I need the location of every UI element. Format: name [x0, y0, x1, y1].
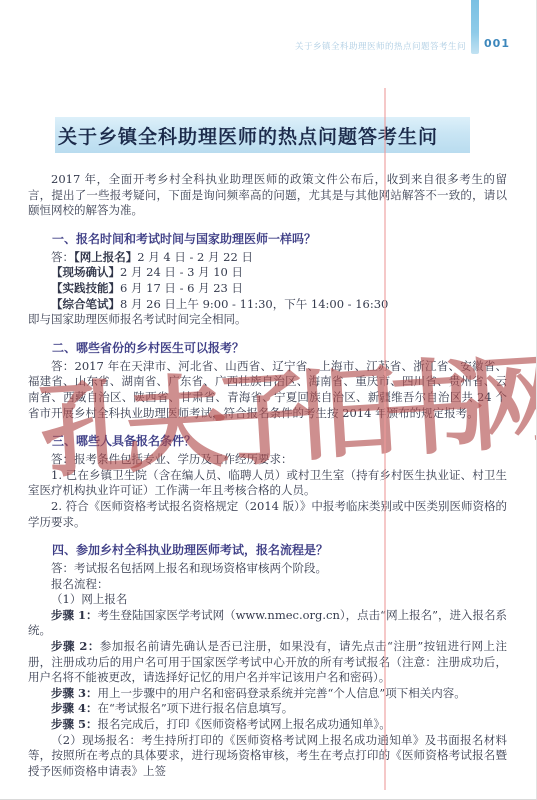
section-3: 三、哪些人具备报名条件？ 答：报考条件包括专业、学历及工作经历要求： 1. 已在… [28, 433, 507, 530]
answer-paragraph: 答：报考条件包括专业、学历及工作经历要求： [28, 452, 507, 468]
section-3-heading: 三、哪些人具备报名条件？ [28, 433, 507, 449]
answer-line: 【实践技能】6 月 17 日 - 6 月 23 日 [28, 281, 507, 297]
answer-paragraph: 答：2017 年在天津市、河北省、山西省、辽宁省、上海市、江苏省、浙江省、安徽省… [28, 359, 507, 421]
running-header-title: 关于乡镇全科助理医师的热点问题答考生问 [295, 40, 466, 52]
answer-paragraph: 答：考试报名包括网上报名和现场资格审核两个阶段。 [28, 561, 507, 577]
stage-paragraph: （2）现场报名：考生持所打印的《医师资格考试网上报名成功通知单》及书面报名材料等… [28, 733, 507, 780]
process-label: 报名流程： [28, 577, 507, 593]
section-4-heading: 四、参加乡村全科执业助理医师考试，报名流程是？ [28, 542, 507, 558]
answer-line: 答：【网上报名】2 月 4 日 - 2 月 22 日 [28, 250, 507, 266]
section-1-heading: 一、报名时间和考试时间与国家助理医师一样吗？ [28, 231, 507, 247]
step-paragraph: 步骤 4：在“考试报名”项下进行报名信息填写。 [28, 701, 507, 717]
step-paragraph: 步骤 2：参加报名前请先确认是否已注册，如果没有，请先点击“注册”按钮进行网上注… [28, 639, 507, 686]
answer-line: 即与国家助理医师报名考试时间完全相同。 [28, 312, 507, 328]
step-paragraph: 步骤 1：考生登陆国家医学考试网（www.nmec.org.cn），点击“网上报… [28, 608, 507, 639]
answer-line: 【综合笔试】8 月 26 日上午 9:00 - 11:30，下午 14:00 -… [28, 297, 507, 313]
answer-line: 【现场确认】2 月 24 日 - 3 月 10 日 [28, 265, 507, 281]
book-page: 关于乡镇全科助理医师的热点问题答考生问 001 关于乡镇全科助理医师的热点问题答… [0, 0, 537, 800]
section-1: 一、报名时间和考试时间与国家助理医师一样吗？ 答：【网上报名】2 月 4 日 -… [28, 231, 507, 328]
page-content: 2017 年，全面开考乡村全科执业助理医师的政策文件公布后，收到来自很多考生的留… [28, 172, 507, 779]
section-2: 二、哪些省份的乡村医生可以报考？ 答：2017 年在天津市、河北省、山西省、辽宁… [28, 340, 507, 421]
condition-item: 1. 已在乡镇卫生院（含在编人员、临聘人员）或村卫生室（持有乡村医生执业证、村卫… [28, 468, 507, 499]
section-4: 四、参加乡村全科执业助理医师考试，报名流程是？ 答：考试报名包括网上报名和现场资… [28, 542, 507, 779]
step-paragraph: 步骤 5：报名完成后，打印《医师资格考试网上报名成功通知单》。 [28, 717, 507, 733]
stage-label: （1）网上报名 [28, 592, 507, 608]
condition-item: 2. 符合《医师资格考试报名资格规定（2014 版）》中报考临床类别或中医类别医… [28, 499, 507, 530]
step-paragraph: 步骤 3：用上一步骤中的用户名和密码登录系统并完善“个人信息”项下相关内容。 [28, 686, 507, 702]
chapter-title-box: 关于乡镇全科助理医师的热点问题答考生问 [55, 117, 470, 153]
page-number: 001 [484, 37, 510, 50]
header-accent-bar [471, 0, 479, 54]
section-2-heading: 二、哪些省份的乡村医生可以报考？ [28, 340, 507, 356]
page-title: 关于乡镇全科助理医师的热点问题答考生问 [55, 122, 438, 149]
intro-paragraph: 2017 年，全面开考乡村全科执业助理医师的政策文件公布后，收到来自很多考生的留… [28, 172, 507, 219]
